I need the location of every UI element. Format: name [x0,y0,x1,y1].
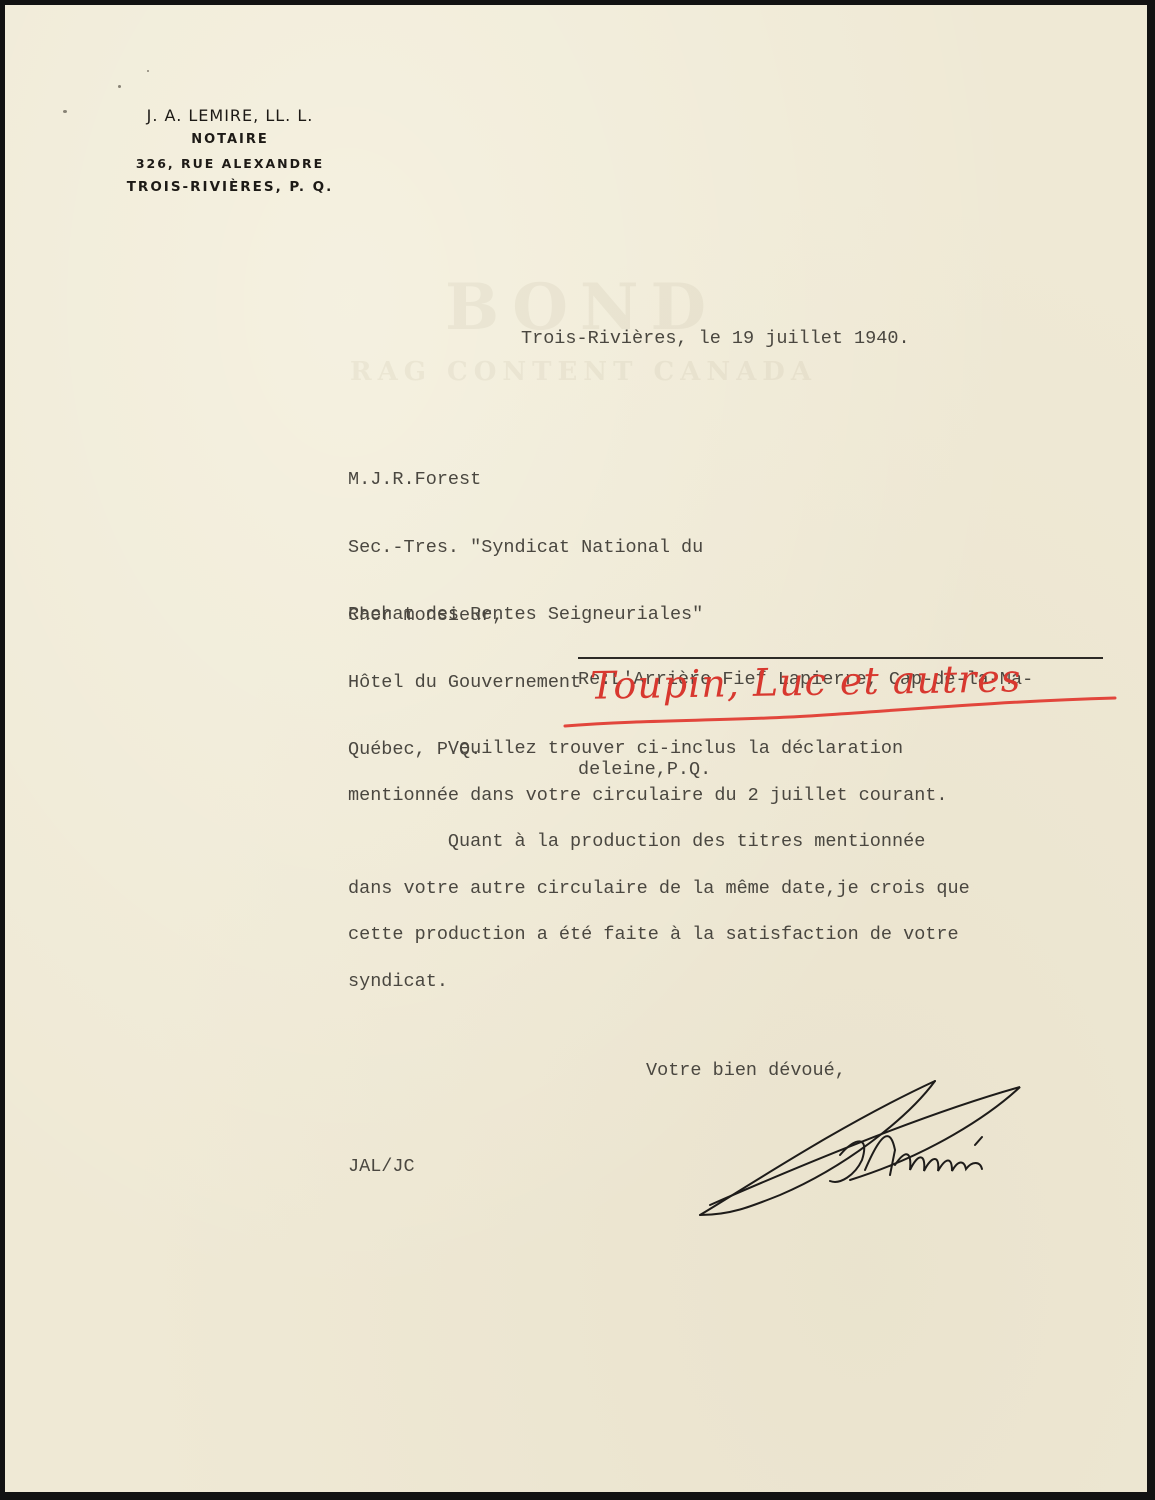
letterhead-address: 326, RUE ALEXANDRE [105,153,355,175]
body-line: dans votre autre circulaire de la même d… [348,878,970,899]
recipient-line: M.J.R.Forest [348,469,703,492]
body-line: cette production a été faite à la satisf… [348,924,959,945]
date-line: Trois-Rivières, le 19 juillet 1940. [521,328,910,349]
body-line: Veuillez trouver ci-inclus la déclaratio… [348,738,903,759]
letterhead: J. A. LEMIRE, LL. L. NOTAIRE 326, RUE AL… [105,105,355,198]
body-line: syndicat. [348,971,448,992]
paper-speck [147,70,149,72]
watermark-rag-content: RAG CONTENT CANADA [350,357,817,387]
paper-speck [63,110,67,113]
typist-initials: JAL/JC [348,1156,415,1177]
body-line: Quant à la production des titres mention… [348,831,925,852]
letterhead-title: NOTAIRE [105,129,355,151]
letterhead-name: J. A. LEMIRE, LL. L. [105,105,355,127]
reference-line-2: deleine,P.Q. [578,755,1033,785]
paper-speck [118,85,121,88]
red-underline-stroke [560,690,1120,735]
letterhead-city: TROIS-RIVIÈRES, P. Q. [105,176,355,198]
body-line: mentionnée dans votre circulaire du 2 ju… [348,785,948,806]
recipient-line: Sec.-Tres. "Syndicat National du [348,537,703,560]
signature [690,1075,1030,1225]
salutation: Cher monsieur, [348,605,503,626]
